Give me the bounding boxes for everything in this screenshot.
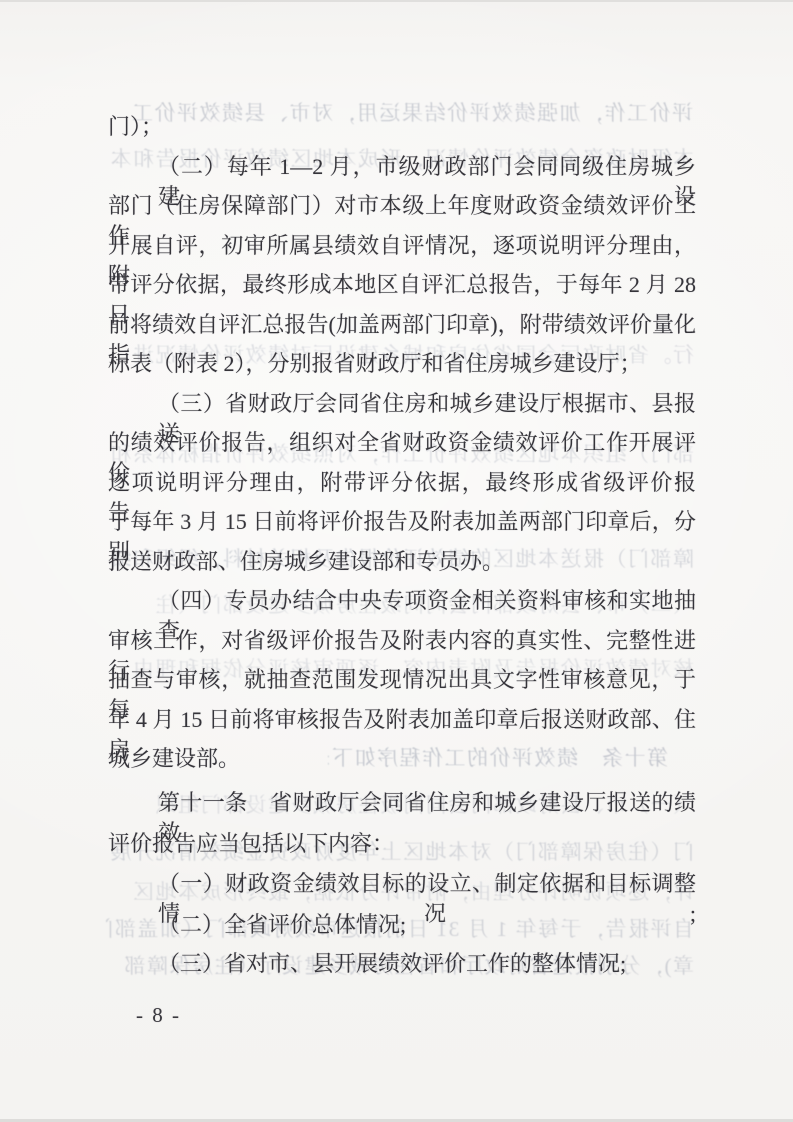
- text-line: 门）；: [108, 112, 696, 142]
- text-line: 带评分依据，最终形成本地区自评汇总报告，于每年 2 月 28 日: [108, 270, 696, 300]
- text-line: 标表（附表 2），分别报省财政厅和省住房城乡建设厅；: [108, 349, 696, 379]
- text-line: （一）财政资金绩效目标的设立、制定依据和目标调整情况;: [108, 869, 696, 899]
- document-text: 门）； （二）每年 1—2 月，市级财政部门会同同级住房城乡建设 部门（住房保障…: [0, 0, 793, 1122]
- text-line: （三）省对市、县开展绩效评价工作的整体情况;: [108, 949, 696, 979]
- page-number: - 8 -: [136, 1000, 181, 1030]
- text-line: 年 4 月 15 日前将审核报告及附表加盖印章后报送财政部、住房: [108, 705, 696, 735]
- text-line: 审核工作，对省级评价报告及附表内容的真实性、完整性进行: [108, 626, 696, 656]
- text-line: 于每年 3 月 15 日前将评价报告及附表加盖两部门印章后，分别: [108, 507, 696, 537]
- text-line: 的绩效评价报告，组织对全省财政资金绩效评价工作开展评价，: [108, 428, 696, 458]
- text-line: （二）每年 1—2 月，市级财政部门会同同级住房城乡建设: [108, 152, 696, 182]
- text-line: 第十一条 省财政厅会同省住房和城乡建设厅报送的绩效: [108, 788, 696, 818]
- document-page: 评价工作，加强绩效评价结果运用，对市、县绩效评价工 本级财政资金绩效评价情况，形…: [0, 0, 793, 1122]
- text-line: （三）省财政厅会同省住房和城乡建设厅根据市、县报送: [108, 389, 696, 419]
- text-line: （二）全省评价总体情况;: [108, 910, 696, 940]
- text-line: 前将绩效自评汇总报告(加盖两部门印章)，附带绩效评价量化指: [108, 310, 696, 340]
- text-line: 逐项说明评分理由，附带评分依据，最终形成省级评价报告，: [108, 468, 696, 498]
- text-line: 报送财政部、住房城乡建设部和专员办。: [108, 547, 696, 577]
- text-line: 抽查与审核，就抽查范围发现情况出具文字性审核意见，于每: [108, 665, 696, 695]
- text-line: 评价报告应当包括以下内容：: [108, 829, 696, 859]
- text-line: （四）专员办结合中央专项资金相关资料审核和实地抽查: [108, 586, 696, 616]
- text-line: 部门（住房保障部门）对市本级上年度财政资金绩效评价工作: [108, 191, 696, 221]
- text-line: 开展自评，初审所属县绩效自评情况，逐项说明评分理由，附: [108, 231, 696, 261]
- text-line: 城乡建设部。: [108, 744, 696, 774]
